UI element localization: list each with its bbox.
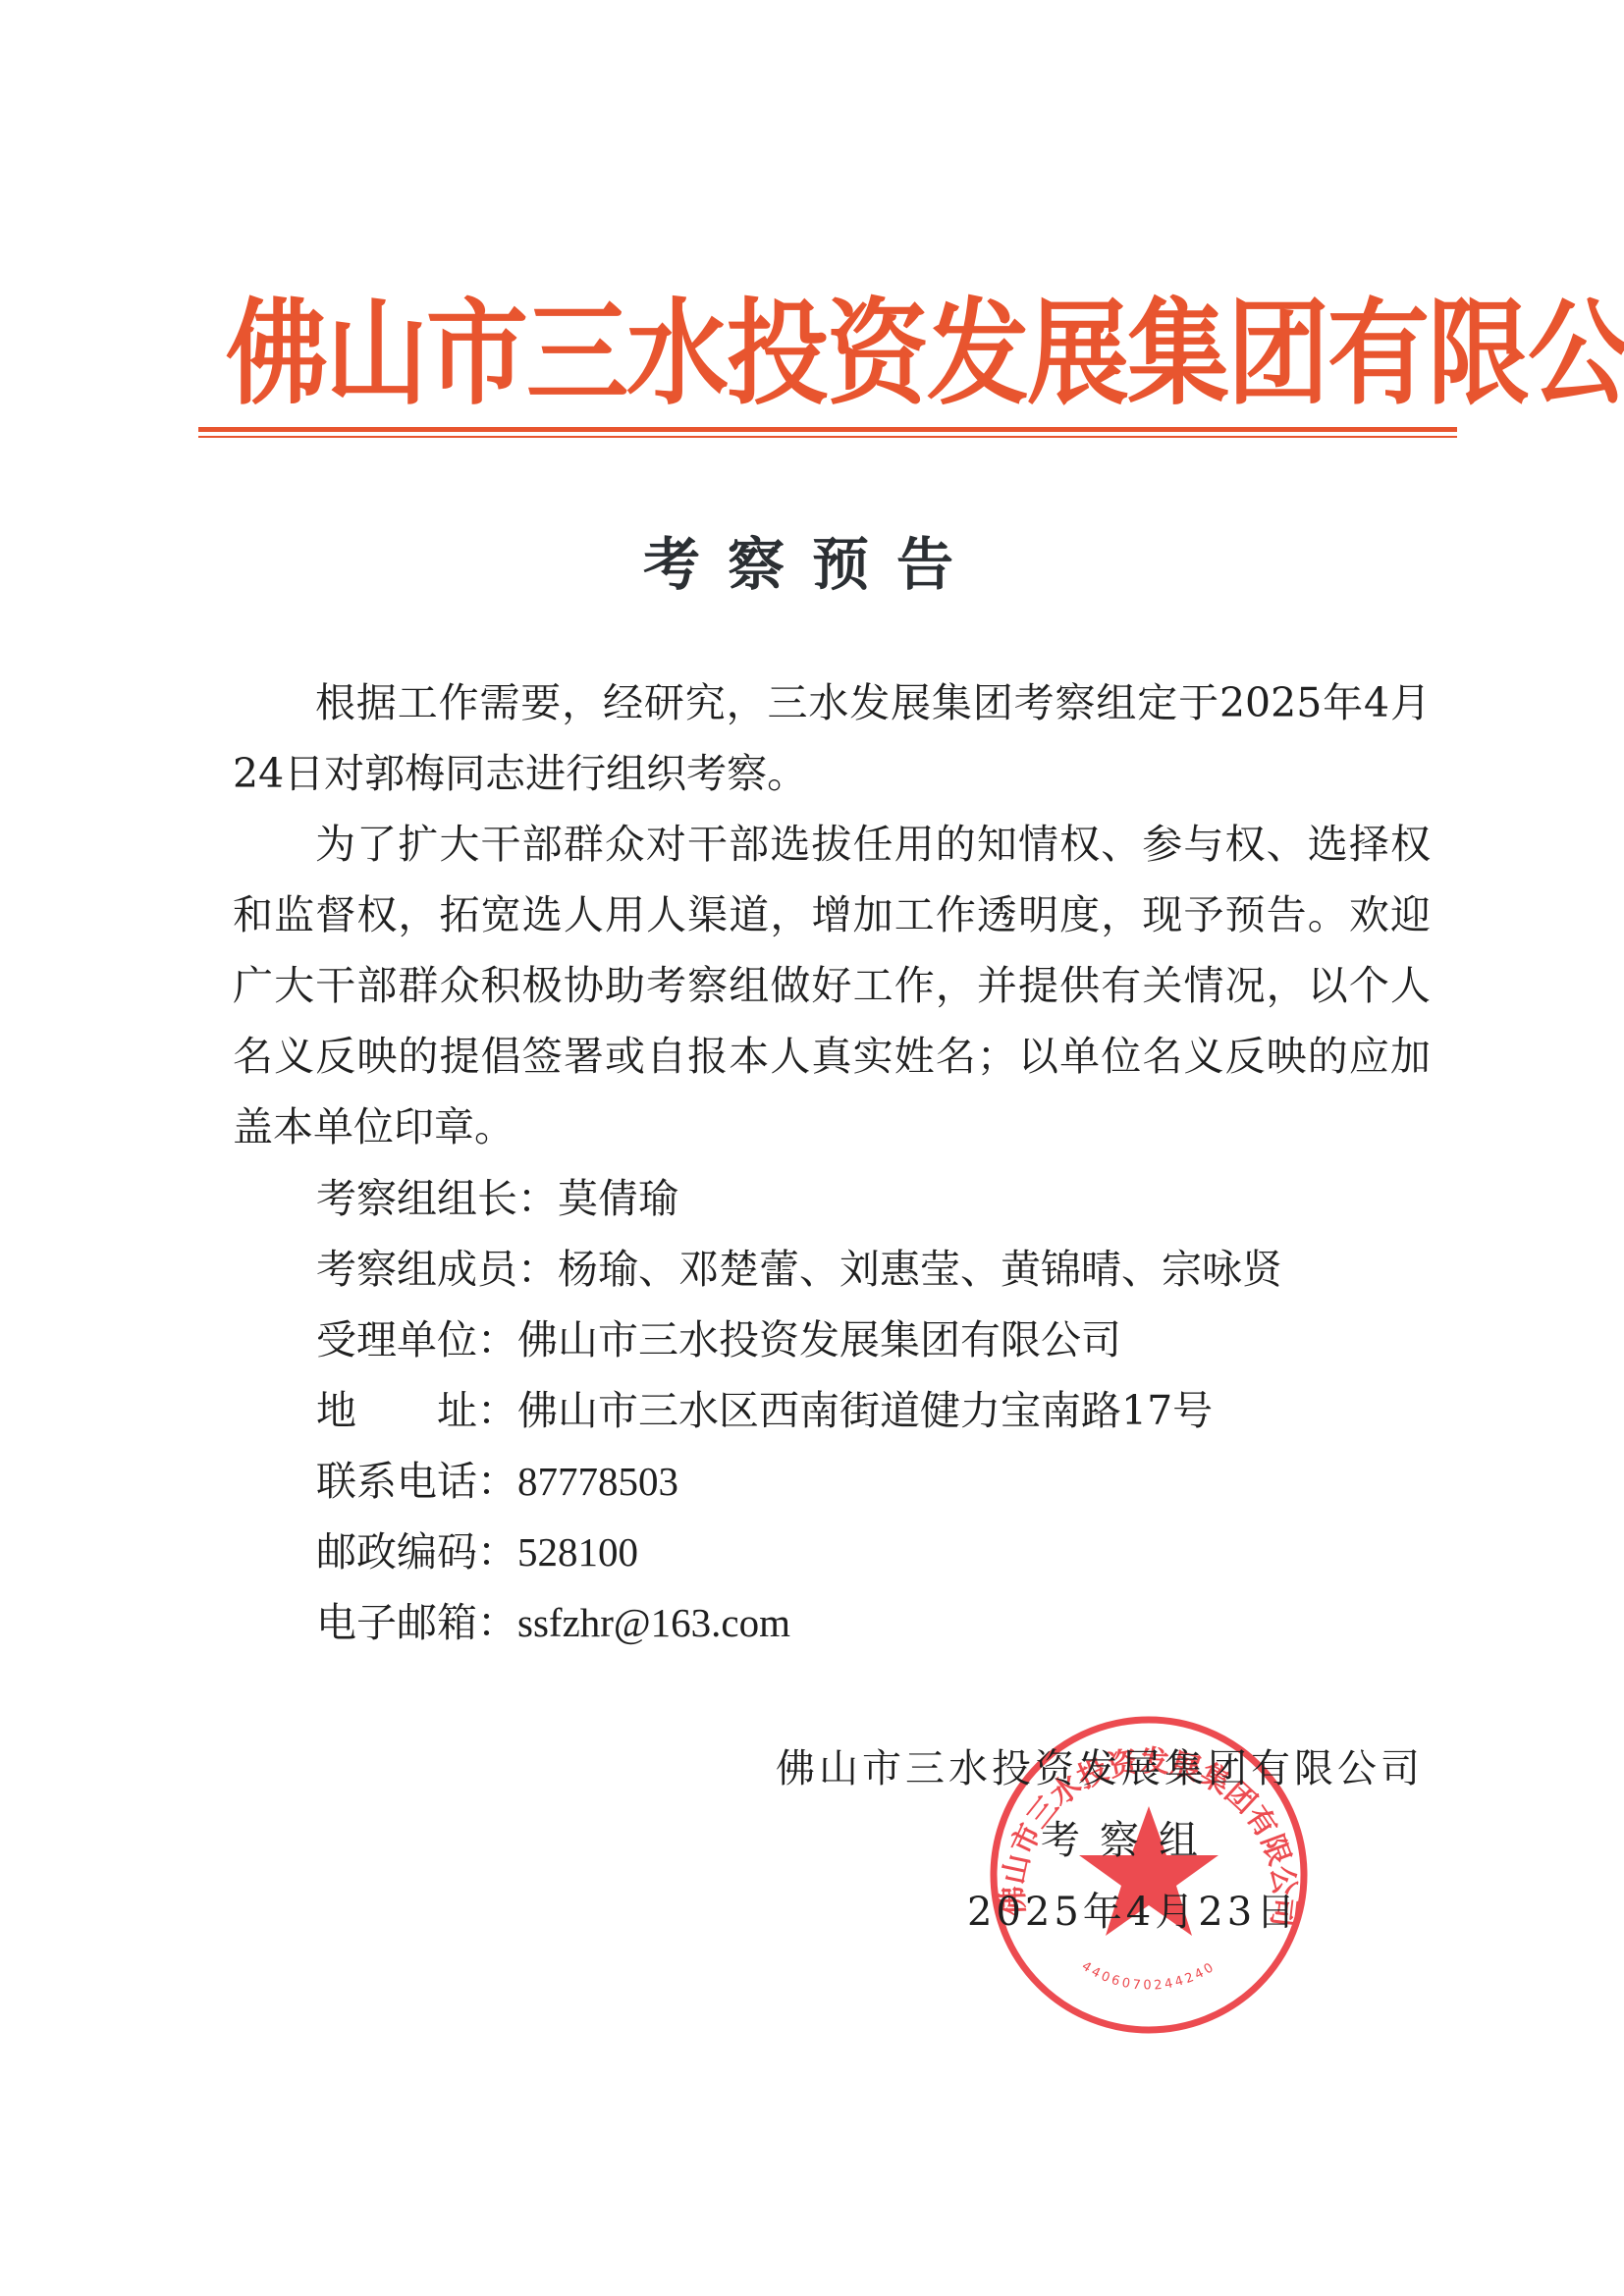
stamp-code: 4406070244240 <box>1079 1959 1218 1994</box>
document-body: 根据工作需要，经研究，三水发展集团考察组定于2025年4月24日对郭梅同志进行组… <box>233 667 1431 1162</box>
signature-date: 2025年4月23日 <box>967 1881 1299 1937</box>
info-label: 地 址： <box>316 1375 517 1446</box>
info-value: 佛山市三水区西南街道健力宝南路17号 <box>517 1387 1213 1434</box>
paragraph-notice: 为了扩大干部群众对干部选拔任用的知情权、参与权、选择权和监督权，拓宽选人用人渠道… <box>233 809 1431 1162</box>
info-label: 联系电话： <box>316 1446 517 1517</box>
signature-group: 考察组 <box>1041 1809 1218 1865</box>
info-row-leader: 考察组组长：莫倩瑜 <box>316 1163 1282 1234</box>
info-row-members: 考察组成员：杨瑜、邓楚蕾、刘惠莹、黄锦晴、宗咏贤 <box>316 1234 1282 1305</box>
info-label: 邮政编码： <box>316 1517 517 1587</box>
info-value: 莫倩瑜 <box>558 1175 678 1222</box>
info-label: 考察组组长： <box>316 1163 558 1234</box>
letterhead-divider-thick <box>198 427 1457 432</box>
document-title: 考察预告 <box>0 518 1624 601</box>
info-value: 87778503 <box>517 1459 678 1504</box>
info-value: 佛山市三水投资发展集团有限公司 <box>517 1316 1121 1363</box>
info-label: 受理单位： <box>316 1305 517 1375</box>
info-value: ssfzhr@163.com <box>517 1600 790 1645</box>
letterhead-divider-thin <box>198 436 1457 438</box>
info-row-address: 地 址：佛山市三水区西南街道健力宝南路17号 <box>316 1375 1282 1446</box>
contact-info: 考察组组长：莫倩瑜 考察组成员：杨瑜、邓楚蕾、刘惠莹、黄锦晴、宗咏贤 受理单位：… <box>316 1163 1282 1658</box>
info-value: 杨瑜、邓楚蕾、刘惠莹、黄锦晴、宗咏贤 <box>558 1246 1282 1293</box>
paragraph-intro: 根据工作需要，经研究，三水发展集团考察组定于2025年4月24日对郭梅同志进行组… <box>233 667 1431 809</box>
info-row-email: 电子邮箱：ssfzhr@163.com <box>316 1587 1282 1658</box>
info-label: 电子邮箱： <box>316 1587 517 1658</box>
info-label: 考察组成员： <box>316 1234 558 1305</box>
info-row-postcode: 邮政编码：528100 <box>316 1517 1282 1587</box>
info-row-receiving-unit: 受理单位：佛山市三水投资发展集团有限公司 <box>316 1305 1282 1375</box>
signature-org: 佛山市三水投资发展集团有限公司 <box>776 1737 1424 1793</box>
letterhead-org-name: 佛山市三水投资发展集团有限公司 <box>226 277 1424 431</box>
svg-text:4406070244240: 4406070244240 <box>1079 1959 1218 1994</box>
info-row-phone: 联系电话：87778503 <box>316 1446 1282 1517</box>
info-value: 528100 <box>517 1529 638 1575</box>
